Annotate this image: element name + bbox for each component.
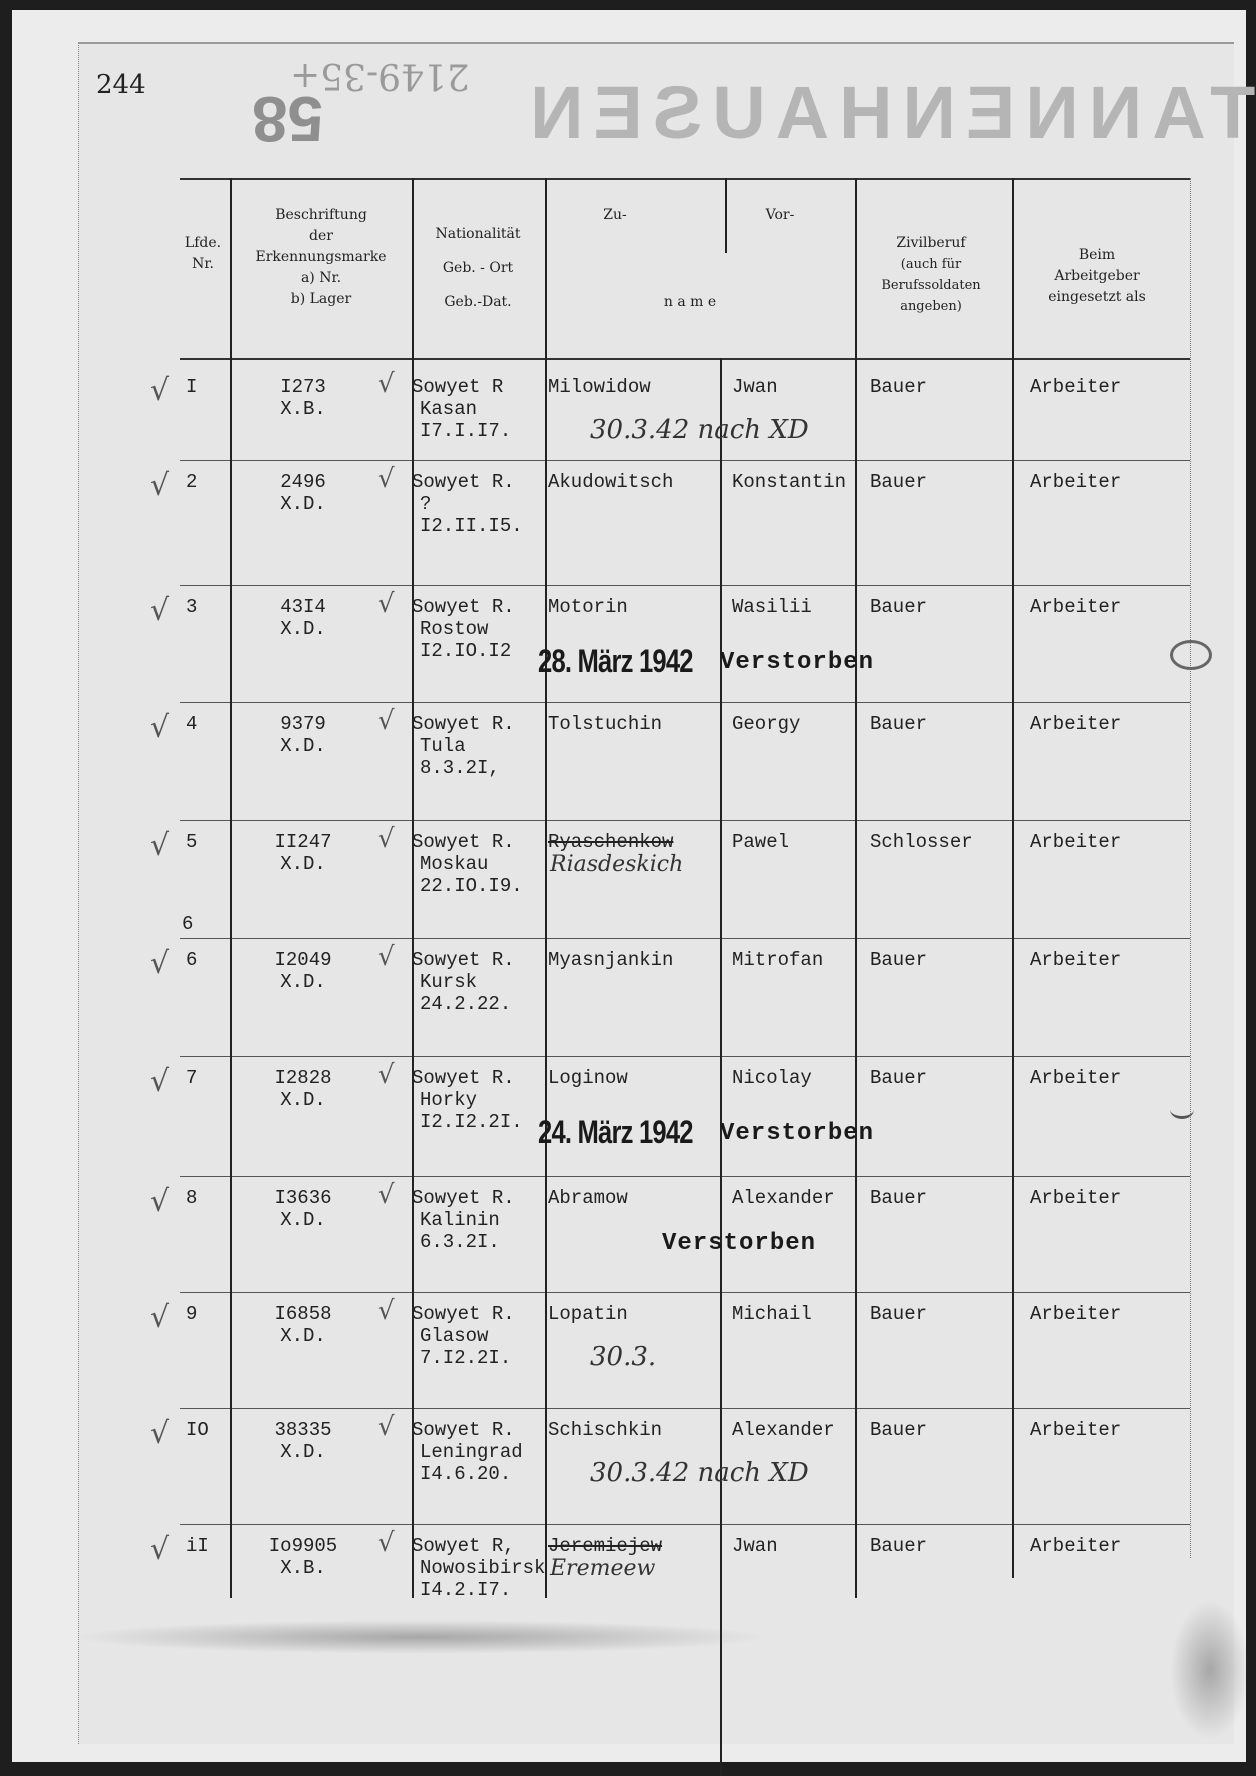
civil-occupation: Bauer <box>870 1418 927 1442</box>
header-vorname: Vor- <box>745 205 815 226</box>
birthdate: I4.2.I7. <box>420 1578 511 1602</box>
header-zuname: Zu- <box>580 205 650 226</box>
surname: Tolstuchin <box>548 712 662 736</box>
checkmark-icon: √ <box>150 1300 169 1335</box>
header-line: Geb. - Ort <box>418 251 538 285</box>
civil-occupation: Bauer <box>870 1534 927 1558</box>
table-rule <box>720 358 722 1776</box>
table-rule <box>1012 178 1014 1578</box>
surname-struck: Ryaschenkow <box>548 830 673 854</box>
checkmark-icon: √ <box>150 593 169 628</box>
employed-as: Arbeiter <box>1030 1302 1121 1326</box>
civil-occupation: Schlosser <box>870 830 973 854</box>
header-nationalitaet: Nationalität Geb. - Ort Geb.-Dat. <box>418 217 538 319</box>
scan-shadow <box>1170 1600 1250 1740</box>
birthdate: 8.3.2I, <box>420 756 500 780</box>
table-rule <box>180 178 1190 180</box>
birthdate: I2.I2.2I. <box>420 1110 523 1134</box>
checkmark-icon: √ <box>378 942 395 972</box>
birthplace: Rostow <box>420 617 488 641</box>
header-line: Beim <box>1014 245 1180 266</box>
row-number: 3 <box>186 595 197 619</box>
status-stamp: Verstorben <box>720 1120 874 1147</box>
header-arbeitgeber: Beim Arbeitgeber eingesetzt als <box>1014 245 1180 308</box>
header-line: Lfde. <box>178 233 228 254</box>
table-rule <box>180 938 1190 939</box>
birthplace: Moskau <box>420 852 488 876</box>
checkmark-icon: √ <box>378 1060 395 1090</box>
birthdate: I4.6.20. <box>420 1462 511 1486</box>
surname: Motorin <box>548 595 628 619</box>
table-rule <box>230 178 232 1598</box>
table-rule <box>545 178 547 1598</box>
employed-as: Arbeiter <box>1030 1066 1121 1090</box>
margin-note: 6 <box>182 912 193 936</box>
header-line: angeben) <box>858 296 1004 317</box>
scan-shadow <box>70 1620 770 1654</box>
firstname: Nicolay <box>732 1066 812 1090</box>
firstname: Pawel <box>732 830 789 854</box>
row-number: 9 <box>186 1302 197 1326</box>
checkmark-icon: √ <box>378 589 395 619</box>
tag-number: I3636 <box>248 1186 358 1210</box>
checkmark-icon: √ <box>150 1416 169 1451</box>
surname: Myasnjankin <box>548 948 673 972</box>
nationality: Sowyet R. <box>412 948 515 972</box>
birthplace: Nowosibirsk <box>420 1556 545 1580</box>
firstname: Georgy <box>732 712 800 736</box>
table-rule <box>180 820 1190 821</box>
employed-as: Arbeiter <box>1030 1186 1121 1210</box>
firstname: Konstantin <box>732 470 846 494</box>
nationality: Sowyet R, <box>412 1534 515 1558</box>
table-rule <box>725 178 727 253</box>
checkmark-icon: √ <box>378 1528 395 1558</box>
birthdate: I2.II.I5. <box>420 514 523 538</box>
checkmark-icon: √ <box>150 373 169 408</box>
table-rule <box>180 1292 1190 1293</box>
death-date-stamp: 28. März 1942 <box>538 643 693 680</box>
birthdate: I2.IO.I2 <box>420 639 511 663</box>
civil-occupation: Bauer <box>870 1186 927 1210</box>
birthplace: Leningrad <box>420 1440 523 1464</box>
employed-as: Arbeiter <box>1030 1534 1121 1558</box>
camp: X.D. <box>248 734 358 758</box>
tag-number: I2049 <box>248 948 358 972</box>
header-line: der <box>236 226 406 247</box>
checkmark-icon: √ <box>150 1064 169 1099</box>
employed-as: Arbeiter <box>1030 830 1121 854</box>
birthplace: Kasan <box>420 397 477 421</box>
camp: X.B. <box>248 1556 358 1580</box>
firstname: Jwan <box>732 1534 778 1558</box>
table-rule <box>180 460 1190 461</box>
ink-smudge <box>1170 640 1212 670</box>
header-line: Nr. <box>178 254 228 275</box>
surname: Lopatin <box>548 1302 628 1326</box>
civil-occupation: Bauer <box>870 595 927 619</box>
header-line: Nationalität <box>418 217 538 251</box>
birthdate: 22.IO.I9. <box>420 874 523 898</box>
header-line: b) Lager <box>236 289 406 310</box>
birthplace: Horky <box>420 1088 477 1112</box>
nationality: Sowyet R. <box>412 1066 515 1090</box>
checkmark-icon: √ <box>150 1532 169 1567</box>
camp: X.D. <box>248 1208 358 1232</box>
row-number: 6 <box>186 948 197 972</box>
table-rule <box>180 702 1190 703</box>
nationality: Sowyet R <box>412 375 503 399</box>
row-number: 5 <box>186 830 197 854</box>
header-line: Beschriftung <box>236 205 406 226</box>
birthplace: Kursk <box>420 970 477 994</box>
tag-number: 9379 <box>248 712 358 736</box>
row-number: iI <box>186 1534 209 1558</box>
nationality: Sowyet R. <box>412 1302 515 1326</box>
surname-corrected: Eremeew <box>550 1556 655 1581</box>
header-line: Berufssoldaten <box>858 275 1004 296</box>
nationality: Sowyet R. <box>412 712 515 736</box>
employed-as: Arbeiter <box>1030 470 1121 494</box>
header-line: Zivilberuf <box>858 233 1004 254</box>
tag-number: II247 <box>248 830 358 854</box>
checkmark-icon: √ <box>378 1412 395 1442</box>
checkmark-icon: √ <box>378 464 395 494</box>
row-number: 8 <box>186 1186 197 1210</box>
surname: Milowidow <box>548 375 651 399</box>
header-line: Geb.-Dat. <box>418 285 538 319</box>
birthdate: 7.I2.2I. <box>420 1346 511 1370</box>
employed-as: Arbeiter <box>1030 595 1121 619</box>
tag-number: I6858 <box>248 1302 358 1326</box>
header-erkennungsmarke: Beschriftung der Erkennungsmarke a) Nr. … <box>236 205 406 310</box>
table-rule <box>180 1524 1190 1525</box>
birthplace: ? <box>420 492 431 516</box>
checkmark-icon: √ <box>378 1180 395 1210</box>
header-line: Arbeitgeber <box>1014 266 1180 287</box>
firstname: Mitrofan <box>732 948 823 972</box>
checkmark-icon: √ <box>150 468 169 503</box>
handwritten-note: 30.3.42 nach XD <box>590 415 809 445</box>
camp: X.B. <box>248 397 358 421</box>
tag-number: Io9905 <box>248 1534 358 1558</box>
checkmark-icon: √ <box>150 710 169 745</box>
surname-struck: Jeremiejew <box>548 1534 662 1558</box>
tag-number: 2496 <box>248 470 358 494</box>
header-line: Erkennungsmarke <box>236 247 406 268</box>
table-rule <box>180 1056 1190 1057</box>
table-rule <box>180 585 1190 586</box>
tag-number: 38335 <box>248 1418 358 1442</box>
table-rule <box>180 358 1190 360</box>
death-date-stamp: 24. März 1942 <box>538 1114 693 1151</box>
header-line: (auch für <box>858 254 1004 275</box>
status-stamp: Verstorben <box>720 649 874 676</box>
row-number: 7 <box>186 1066 197 1090</box>
camp: X.D. <box>248 1088 358 1112</box>
camp: X.D. <box>248 970 358 994</box>
status-stamp: Verstorben <box>662 1230 816 1257</box>
camp: X.D. <box>248 617 358 641</box>
employed-as: Arbeiter <box>1030 712 1121 736</box>
checkmark-icon: √ <box>378 369 395 399</box>
birthdate: 24.2.22. <box>420 992 511 1016</box>
table-rule <box>855 178 857 1598</box>
handwritten-note: 30.3.42 nach XD <box>590 1458 809 1488</box>
surname: Loginow <box>548 1066 628 1090</box>
firstname: Wasilii <box>732 595 812 619</box>
firstname: Jwan <box>732 375 778 399</box>
faded-header-stamp: TANNENHAUSEN <box>520 70 1255 155</box>
birthplace: Tula <box>420 734 466 758</box>
row-number: I <box>186 375 197 399</box>
camp: X.D. <box>248 1440 358 1464</box>
checkmark-icon: √ <box>150 946 169 981</box>
tag-number: I2828 <box>248 1066 358 1090</box>
checkmark-icon: √ <box>150 828 169 863</box>
civil-occupation: Bauer <box>870 712 927 736</box>
birthplace: Kalinin <box>420 1208 500 1232</box>
surname-corrected: Riasdeskich <box>550 852 683 877</box>
surname: Schischkin <box>548 1418 662 1442</box>
civil-occupation: Bauer <box>870 375 927 399</box>
employed-as: Arbeiter <box>1030 948 1121 972</box>
header-zivilberuf: Zivilberuf (auch für Berufssoldaten ange… <box>858 233 1004 317</box>
nationality: Sowyet R. <box>412 830 515 854</box>
firstname: Alexander <box>732 1186 835 1210</box>
header-lfde-nr: Lfde. Nr. <box>178 233 228 275</box>
camp: X.D. <box>248 1324 358 1348</box>
table-rule <box>1190 178 1191 1558</box>
row-number: 2 <box>186 470 197 494</box>
checkmark-icon: √ <box>378 1296 395 1326</box>
employed-as: Arbeiter <box>1030 375 1121 399</box>
nationality: Sowyet R. <box>412 1186 515 1210</box>
checkmark-icon: √ <box>378 824 395 854</box>
top-mark: 2149-35+ <box>290 55 470 96</box>
civil-occupation: Bauer <box>870 948 927 972</box>
row-number: 4 <box>186 712 197 736</box>
birthdate: I7.I.I7. <box>420 419 511 443</box>
nationality: Sowyet R. <box>412 470 515 494</box>
page-number: 244 <box>96 70 146 100</box>
ink-smudge <box>1170 1100 1194 1119</box>
tag-number: 43I4 <box>248 595 358 619</box>
surname: Akudowitsch <box>548 470 673 494</box>
camp: X.D. <box>248 492 358 516</box>
header-name: n a m e <box>620 292 760 313</box>
employed-as: Arbeiter <box>1030 1418 1121 1442</box>
checkmark-icon: √ <box>378 706 395 736</box>
surname: Abramow <box>548 1186 628 1210</box>
civil-occupation: Bauer <box>870 470 927 494</box>
firstname: Michail <box>732 1302 812 1326</box>
nationality: Sowyet R. <box>412 1418 515 1442</box>
birthplace: Glasow <box>420 1324 488 1348</box>
table-rule <box>180 1408 1190 1409</box>
row-number: IO <box>186 1418 209 1442</box>
checkmark-icon: √ <box>150 1184 169 1219</box>
header-line: eingesetzt als <box>1014 287 1180 308</box>
table-rule <box>180 1176 1190 1177</box>
nationality: Sowyet R. <box>412 595 515 619</box>
birthdate: 6.3.2I. <box>420 1230 500 1254</box>
tag-number: I273 <box>248 375 358 399</box>
firstname: Alexander <box>732 1418 835 1442</box>
handwritten-note: 30.3. <box>590 1342 656 1372</box>
civil-occupation: Bauer <box>870 1302 927 1326</box>
camp: X.D. <box>248 852 358 876</box>
header-line: a) Nr. <box>236 268 406 289</box>
civil-occupation: Bauer <box>870 1066 927 1090</box>
